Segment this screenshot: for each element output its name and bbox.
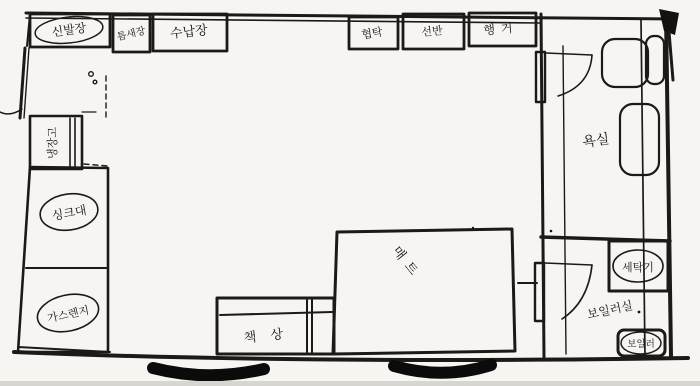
kitchen-counter: 싱크대 가스렌지 [18, 167, 108, 352]
bathroom-door-leaf [546, 53, 592, 55]
ink-speck-2 [550, 230, 553, 233]
bathroom-west-wall-inner [563, 46, 566, 354]
boiler-room: 세탁기 보일러실 보일러 [535, 241, 668, 356]
marker-scribble-left [153, 368, 264, 375]
kitchen-area: 냉장고 싱크대 가스렌지 [18, 72, 108, 352]
boiler-label: 보일러 [627, 338, 655, 350]
wire-curve [0, 109, 22, 114]
gas-range: 가스렌지 [34, 289, 102, 337]
mat-outline [333, 229, 515, 354]
washing-machine: 세탁기 [609, 241, 668, 291]
sink: 싱크대 [38, 190, 100, 234]
boiler-unit: 보일러 [618, 330, 665, 356]
sink-label: 싱크대 [51, 202, 88, 223]
shelf-label: 선반 [421, 23, 444, 39]
boiler-room-label: 보일러실 [586, 297, 634, 321]
refrigerator-label: 냉장고 [45, 127, 59, 159]
floor-mat: 매트 [333, 229, 515, 354]
dashed-guide-horizontal [84, 164, 108, 166]
marker-scribbles [153, 365, 491, 375]
niche-cabinet-label: 틈새장 [115, 24, 147, 44]
desk-label: 책 상 [243, 326, 289, 347]
desk: 책 상 [217, 298, 334, 354]
side-table-label: 협탁 [360, 24, 384, 42]
washer-label: 세탁기 [622, 260, 654, 274]
center-area: 책 상 매트 [217, 227, 552, 354]
marker-scribble-right [394, 365, 491, 373]
desk-shelf-line [220, 312, 332, 315]
shoe-cabinet-label: 신발장 [51, 20, 88, 40]
boiler-door-leaf [545, 263, 592, 265]
ink-speck-1 [472, 227, 474, 229]
wall-right-inner [641, 19, 645, 358]
wall-right-outer [666, 14, 671, 356]
floor-plan-sketch: 신발장 틈새장 수납장 협탁 선반 행거 냉장고 [0, 0, 700, 386]
bathroom-label: 욕실 [581, 130, 610, 151]
refrigerator: 냉장고 [30, 116, 82, 169]
scan-shadow [0, 381, 700, 386]
hanger-label: 행거 [483, 19, 519, 37]
mat-label: 매트 [389, 243, 426, 284]
wall-corner-stroke [669, 32, 673, 80]
desk-box [217, 298, 334, 354]
floor-plan-canvas: 신발장 틈새장 수납장 협탁 선반 행거 냉장고 [0, 0, 700, 386]
ink-dot [638, 311, 641, 314]
gas-range-label: 가스렌지 [46, 303, 90, 326]
niche-cabinet: 틈새장 [113, 15, 150, 52]
hinge-dot-2 [93, 80, 97, 84]
shelf: 선반 [403, 14, 464, 49]
toilet-shape [620, 104, 659, 175]
hinge-dot-1 [89, 72, 94, 77]
storage-cabinet-label: 수납장 [169, 22, 209, 42]
